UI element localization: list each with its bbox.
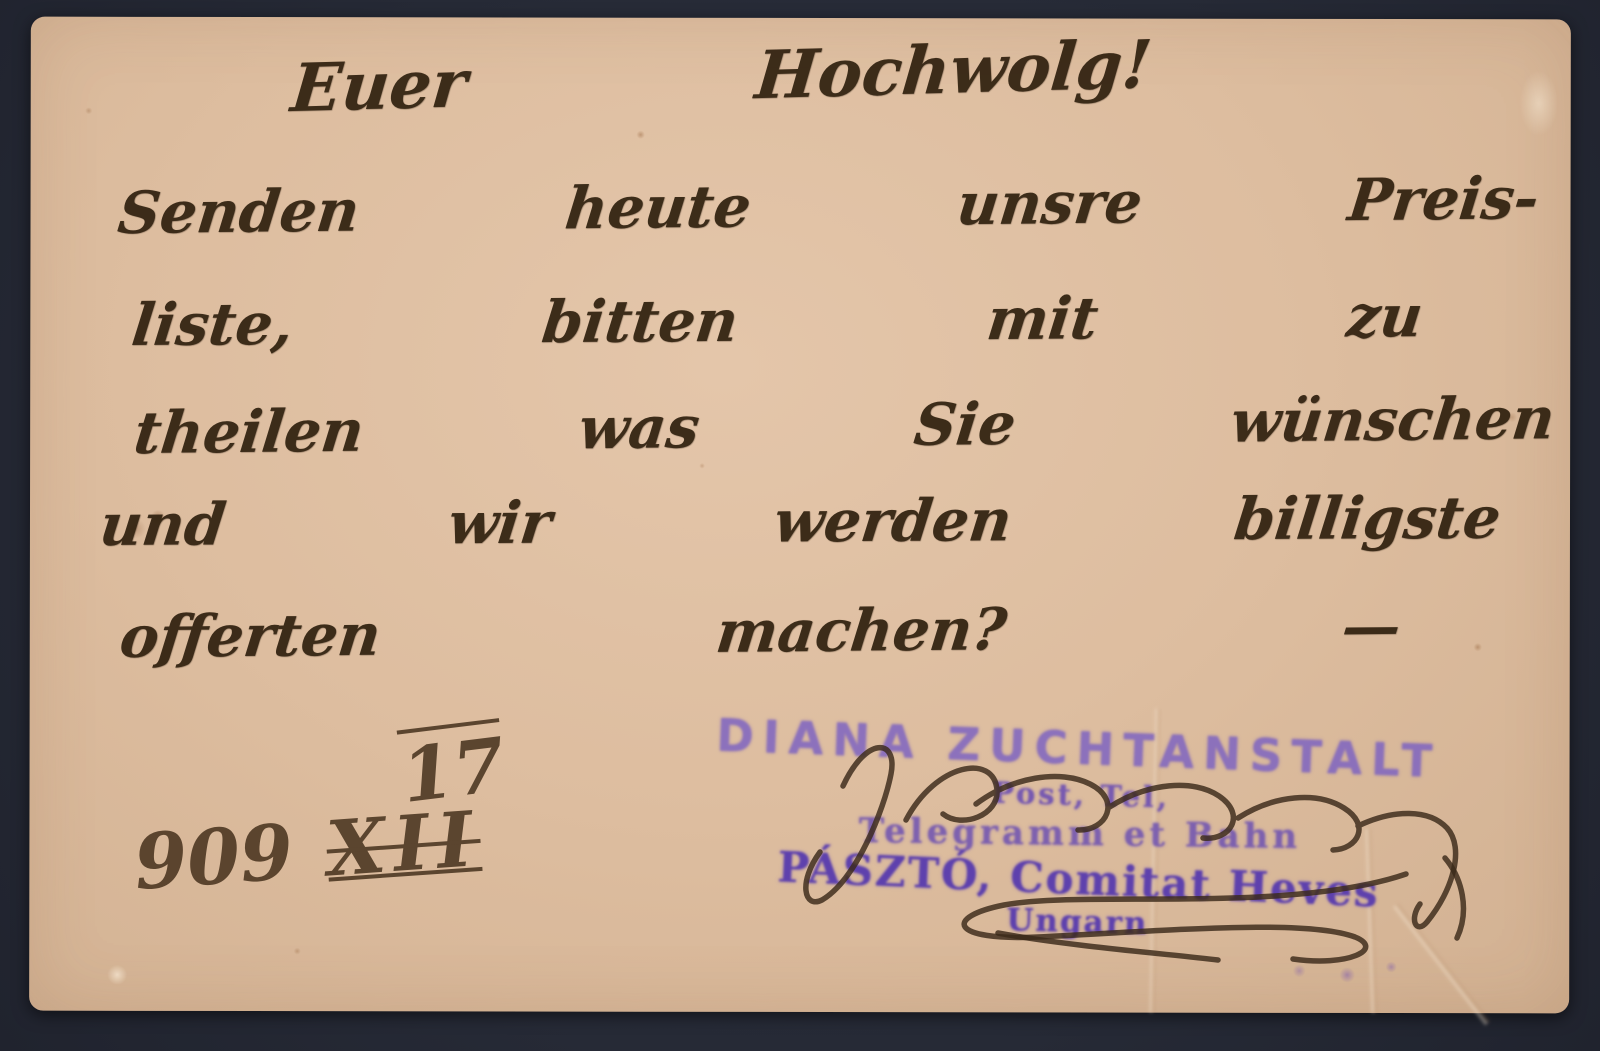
hw-word: wir [445,492,555,556]
hw-word: offerten [117,604,384,670]
hw-word: bitten [539,290,742,355]
hw-word: Euer [288,47,470,125]
hw-word: Preis- [1345,167,1542,233]
hw-word: zu [1343,285,1425,349]
hw-word: billigste [1231,487,1504,552]
hw-word: mit [984,287,1102,352]
hw-word: — [1339,595,1404,659]
crease-line [1364,829,1378,1013]
scan-background: Euer Hochwolg! Senden heute unsre Preis-… [0,0,1600,1051]
corner-crease [1392,902,1491,1026]
hw-word: Sie [911,393,1019,458]
hw-word: machen? [713,598,1010,664]
hw-word: was [575,396,702,461]
hw-word: heute [562,175,754,241]
hw-word: Senden [115,179,363,245]
hw-word: und [97,493,229,557]
message-line: theilen was Sie wünschen [131,387,1558,466]
hw-word: liste, [129,293,297,358]
hw-word: wünschen [1227,387,1558,454]
date-year: 909 [131,807,295,907]
message-line: offerten machen? — [117,595,1404,670]
message-line: und wir werden billigste [97,487,1504,558]
message-line: liste, bitten mit zu [129,285,1426,358]
hw-word: unsre [954,171,1146,237]
hw-word: werden [771,489,1016,554]
date-month-roman: XII [324,794,484,894]
hw-word: theilen [131,400,367,466]
hw-word: Hochwolg! [752,28,1154,112]
crease-line [1148,709,1161,1013]
